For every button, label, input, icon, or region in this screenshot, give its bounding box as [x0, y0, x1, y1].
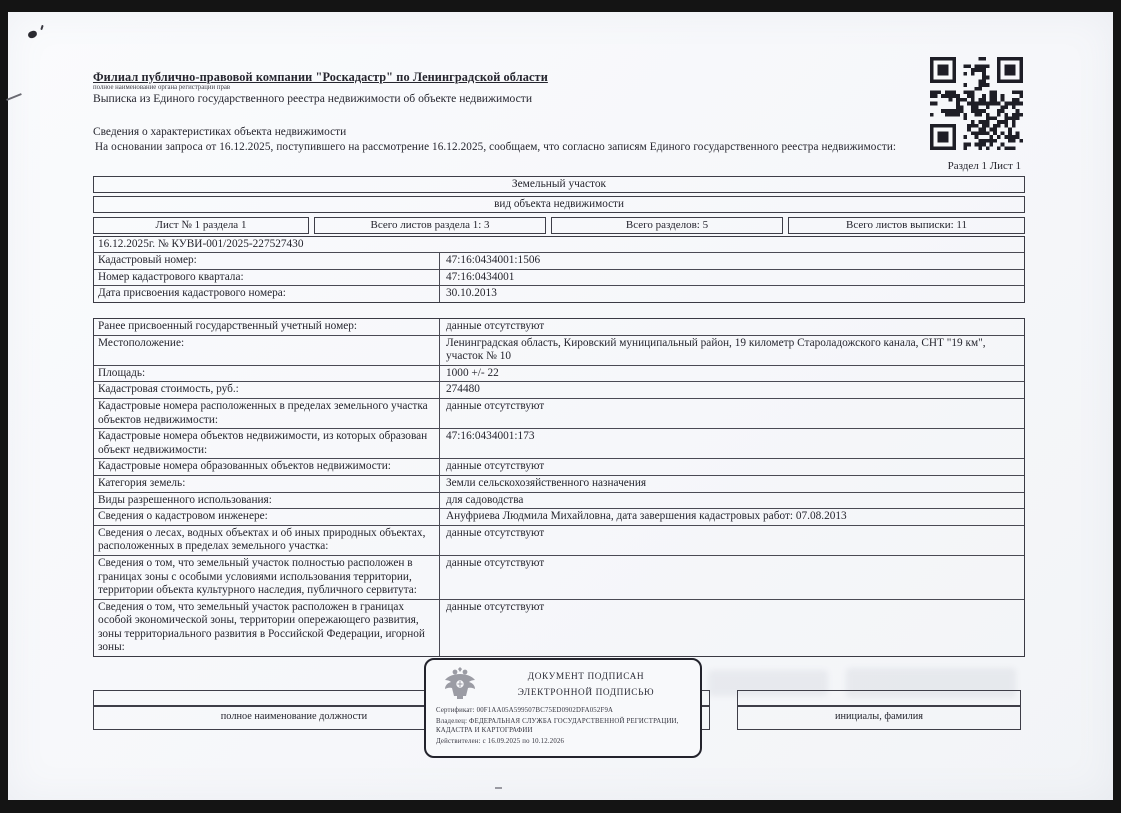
coat-of-arms-icon — [442, 666, 478, 700]
table-row: Кадастровые номера объектов недвижимости… — [94, 428, 1024, 458]
row-value: 47:16:0434001 — [439, 270, 1024, 286]
org-name-line: Филиал публично-правовой компании "Роска… — [93, 70, 1025, 85]
scanned-document: { "header": { "org_line": "Филиал публич… — [0, 0, 1121, 813]
stamp-validity: Действителен: с 16.09.2025 по 10.12.2026 — [436, 738, 696, 745]
row-label: Сведения о кадастровом инженере: — [94, 509, 439, 525]
scan-bottom-mark — [495, 787, 502, 789]
sheet-info-cell: Всего разделов: 5 — [551, 217, 783, 234]
row-value: 1000 +/- 22 — [439, 366, 1024, 382]
request-number-row: 16.12.2025г. № КУВИ-001/2025-227527430 — [94, 237, 1024, 252]
row-value: Ануфриева Людмила Михайловна, дата завер… — [439, 509, 1024, 525]
table-row: Площадь:1000 +/- 22 — [94, 365, 1024, 382]
row-value: для садоводства — [439, 493, 1024, 509]
table-row: Дата присвоения кадастрового номера:30.1… — [94, 285, 1024, 302]
row-label: Кадастровый номер: — [94, 253, 439, 269]
table-row: Сведения о кадастровом инженере:Ануфриев… — [94, 508, 1024, 525]
esignature-stamp: ДОКУМЕНТ ПОДПИСАН ЭЛЕКТРОННОЙ ПОДПИСЬЮ С… — [424, 658, 702, 758]
table-row: Кадастровые номера расположенных в преде… — [94, 398, 1024, 428]
row-value: данные отсутствуют — [439, 556, 1024, 599]
row-value: данные отсутствуют — [439, 526, 1024, 555]
table-row: Ранее присвоенный государственный учетны… — [94, 319, 1024, 335]
row-label: Сведения о том, что земельный участок ра… — [94, 600, 439, 656]
signature-line-right — [737, 690, 1021, 706]
row-value: 47:16:0434001:173 — [439, 429, 1024, 458]
table-row: Кадастровый номер:47:16:0434001:1506 — [94, 252, 1024, 269]
sheet-info-cell: Всего листов раздела 1: 3 — [314, 217, 546, 234]
row-value: Земли сельскохозяйственного назначения — [439, 476, 1024, 492]
row-value: данные отсутствуют — [439, 399, 1024, 428]
sheet-info-cell: Лист № 1 раздела 1 — [93, 217, 309, 234]
table-row: Сведения о лесах, водных объектах и об и… — [94, 525, 1024, 555]
row-label: Площадь: — [94, 366, 439, 382]
ink-blot — [27, 30, 37, 39]
row-label: Ранее присвоенный государственный учетны… — [94, 319, 439, 335]
object-kind-caption: вид объекта недвижимости — [93, 196, 1025, 213]
table-row: Кадастровая стоимость, руб.:274480 — [94, 381, 1024, 398]
row-label: Дата присвоения кадастрового номера: — [94, 286, 439, 302]
org-name-caption: полное наименование органа регистрации п… — [93, 84, 1025, 91]
row-value: Ленинградская область, Кировский муницип… — [439, 336, 1024, 365]
table-row: Номер кадастрового квартала:47:16:043400… — [94, 269, 1024, 286]
stamp-title-line2: ЭЛЕКТРОННОЙ ПОДПИСЬЮ — [486, 688, 686, 698]
row-label: Виды разрешенного использования: — [94, 493, 439, 509]
section-sheet-label: Раздел 1 Лист 1 — [948, 160, 1021, 172]
table-row: Категория земель:Земли сельскохозяйствен… — [94, 475, 1024, 492]
ink-speck — [40, 25, 43, 30]
table-row: Виды разрешенного использования:для садо… — [94, 492, 1024, 509]
table-row: Сведения о том, что земельный участок ра… — [94, 599, 1024, 656]
row-label: Кадастровые номера образованных объектов… — [94, 459, 439, 475]
row-value: данные отсутствуют — [439, 459, 1024, 475]
row-value: 274480 — [439, 382, 1024, 398]
cadastral-rows: Кадастровый номер:47:16:0434001:1506Номе… — [94, 252, 1024, 302]
row-label: Сведения о лесах, водных объектах и об и… — [94, 526, 439, 555]
table-row: Местоположение:Ленинградская область, Ки… — [94, 335, 1024, 365]
row-value: 47:16:0434001:1506 — [439, 253, 1024, 269]
row-label: Местоположение: — [94, 336, 439, 365]
table-row: Кадастровые номера образованных объектов… — [94, 458, 1024, 475]
row-value: данные отсутствуют — [439, 319, 1024, 335]
sheet-info-cell: Всего листов выписки: 11 — [788, 217, 1025, 234]
stamp-owner: Владелец: ФЕДЕРАЛЬНАЯ СЛУЖБА ГОСУДАРСТВЕ… — [436, 717, 688, 735]
row-label: Кадастровые номера расположенных в преде… — [94, 399, 439, 428]
table-row: Сведения о том, что земельный участок по… — [94, 555, 1024, 599]
request-basis-line: На основании запроса от 16.12.2025, пост… — [95, 141, 1027, 153]
section-title: Сведения о характеристиках объекта недви… — [93, 126, 1025, 138]
scan-edge-mark — [6, 93, 22, 101]
row-label: Категория земель: — [94, 476, 439, 492]
row-label: Сведения о том, что земельный участок по… — [94, 556, 439, 599]
initials-caption: инициалы, фамилия — [738, 711, 1020, 722]
stamp-title-line1: ДОКУМЕНТ ПОДПИСАН — [486, 672, 686, 682]
row-value: данные отсутствуют — [439, 600, 1024, 656]
sheet-info-row: Лист № 1 раздела 1Всего листов раздела 1… — [93, 217, 1025, 234]
stamp-certificate: Сертификат: 00F1AA05A599507BC75ED0902DFA… — [436, 707, 696, 714]
document-title: Выписка из Единого государственного реес… — [93, 92, 1025, 105]
object-kind: Земельный участок — [93, 176, 1025, 193]
row-label: Кадастровые номера объектов недвижимости… — [94, 429, 439, 458]
row-label: Номер кадастрового квартала: — [94, 270, 439, 286]
cadastral-header-table: 16.12.2025г. № КУВИ-001/2025-227527430 К… — [93, 236, 1025, 303]
row-value: 30.10.2013 — [439, 286, 1024, 302]
signature-caption-right-box: инициалы, фамилия — [737, 706, 1021, 730]
characteristics-table: Ранее присвоенный государственный учетны… — [93, 318, 1025, 657]
row-label: Кадастровая стоимость, руб.: — [94, 382, 439, 398]
document-page: Филиал публично-правовой компании "Роска… — [8, 12, 1113, 800]
